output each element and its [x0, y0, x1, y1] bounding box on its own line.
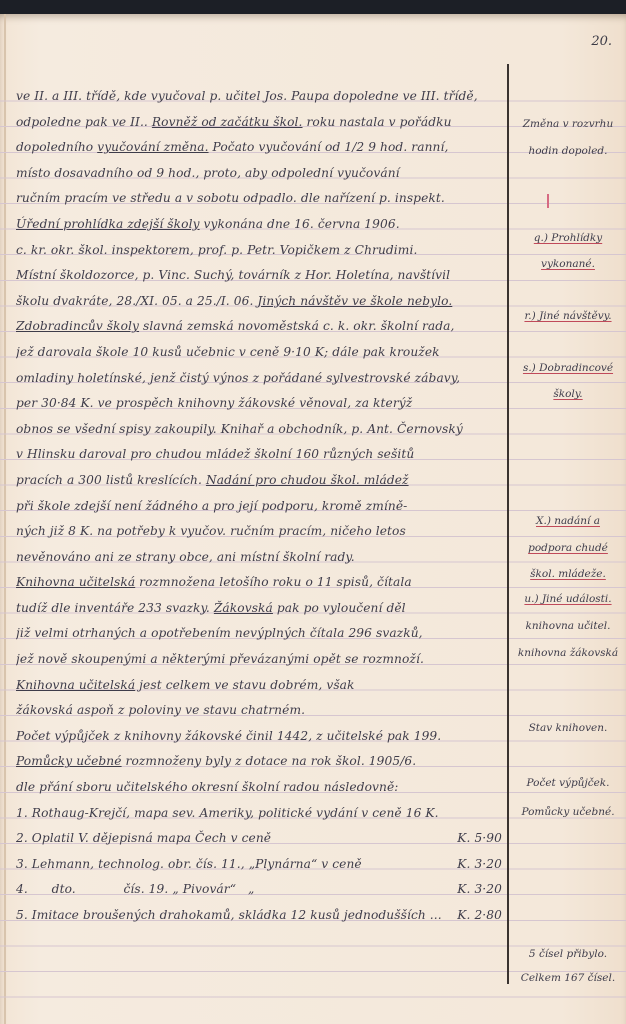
- margin-rule: [507, 64, 509, 984]
- text-line: obnos se všední spisy zakoupily. Knihař …: [16, 417, 506, 443]
- text-line: dle přání sboru učitelského okresní škol…: [16, 775, 506, 801]
- text-line: jež darovala škole 10 kusů učebnic v cen…: [16, 340, 506, 366]
- text-line: Počet výpůjček z knihovny žákovské činil…: [16, 724, 506, 750]
- margin-note: 5 čísel přibylo.: [512, 948, 624, 960]
- margin-note: hodin dopoled.: [512, 145, 624, 157]
- text-line: ručním pracím ve středu a v sobotu odpad…: [16, 186, 506, 212]
- item-text: 2. Oplatil V. dějepisná mapa Čech v ceně: [16, 826, 271, 852]
- margin-note: školy.: [512, 388, 624, 400]
- margin-note: r.) Jiné návštěvy.: [512, 310, 624, 322]
- item-text: 4. dto. čís. 19. „ Pivovár“ „: [16, 877, 254, 903]
- margin-note: knihovna žákovská: [512, 647, 624, 659]
- ledger-page: 20. ve II. a III. třídě, kde vyučoval p.…: [0, 14, 626, 1024]
- item-text: 3. Lehmann, technolog. obr. čís. 11., „P…: [16, 852, 362, 878]
- item-row: 2. Oplatil V. dějepisná mapa Čech v ceně…: [16, 826, 506, 852]
- text-line: pracích a 300 listů kreslících. Nadání p…: [16, 468, 506, 494]
- text-line: c. kr. okr. škol. inspektorem, prof. p. …: [16, 238, 506, 264]
- margin-note: Počet výpůjček.: [512, 777, 624, 789]
- text-line: ných již 8 K. na potřeby k vyučov. ruční…: [16, 519, 506, 545]
- item-price: K. 3·20: [457, 852, 502, 878]
- text-line: v Hlinsku daroval pro chudou mládež škol…: [16, 442, 506, 468]
- text-line: Místní školdozorce, p. Vinc. Suchý, tová…: [16, 263, 506, 289]
- text-line: tudíž dle inventáře 233 svazky. Žákovská…: [16, 596, 506, 622]
- text-line: jež nově skoupenými a některými převázan…: [16, 647, 506, 673]
- text-line: per 30·84 K. ve prospěch knihovny žákovs…: [16, 391, 506, 417]
- text-line: Zdobradincův školy slavná zemská novoměs…: [16, 314, 506, 340]
- main-text-column: ve II. a III. třídě, kde vyučoval p. uči…: [16, 84, 506, 929]
- margin-note: u.) Jiné události.: [512, 593, 624, 605]
- text-line: dopoledního vyučování změna. Počato vyuč…: [16, 135, 506, 161]
- text-line: nevěnováno ani ze strany obce, ani místn…: [16, 545, 506, 571]
- margin-note: vykonané.: [512, 258, 624, 270]
- text-line: již velmi otrhaných a opotřebením nevýpl…: [16, 621, 506, 647]
- text-line: žákovská aspoň z poloviny ve stavu chatr…: [16, 698, 506, 724]
- margin-note: Celkem 167 čísel.: [512, 972, 624, 984]
- margin-note: podpora chudé: [512, 542, 624, 554]
- margin-note: Změna v rozvrhu: [512, 118, 624, 130]
- margin-note: Pomůcky učebné.: [512, 806, 624, 818]
- text-line: omladiny holetínské, jenž čistý výnos z …: [16, 366, 506, 392]
- margin-note: škol. mládeže.: [512, 568, 624, 580]
- margin-note: s.) Dobradincové: [512, 362, 624, 374]
- item-row: 5. Imitace broušených drahokamů, skládka…: [16, 903, 506, 929]
- item-price: K. 3·20: [457, 877, 502, 903]
- text-line: Úřední prohlídka zdejší školy vykonána d…: [16, 212, 506, 238]
- margin-note: Stav knihoven.: [512, 722, 624, 734]
- item-row: 3. Lehmann, technolog. obr. čís. 11., „P…: [16, 852, 506, 878]
- item-row: 1. Rothaug-Krejčí, mapa sev. Ameriky, po…: [16, 801, 506, 827]
- text-line: školu dvakráte, 28./XI. 05. a 25./I. 06.…: [16, 289, 506, 315]
- text-line: Pomůcky učebné rozmnoženy byly z dotace …: [16, 749, 506, 775]
- red-mark: [547, 194, 549, 208]
- item-price: K. 2·80: [457, 903, 502, 929]
- item-price: K. 5·90: [457, 826, 502, 852]
- margin-note: knihovna učitel.: [512, 620, 624, 632]
- text-line: ve II. a III. třídě, kde vyučoval p. uči…: [16, 84, 506, 110]
- page-number: 20.: [591, 34, 612, 49]
- text-line: při škole zdejší není žádného a pro její…: [16, 494, 506, 520]
- text-line: Knihovna učitelská jest celkem ve stavu …: [16, 673, 506, 699]
- text-line: Knihovna učitelská rozmnožena letošího r…: [16, 570, 506, 596]
- margin-note: q.) Prohlídky: [512, 232, 624, 244]
- item-text: 5. Imitace broušených drahokamů, skládka…: [16, 903, 442, 929]
- item-text: 1. Rothaug-Krejčí, mapa sev. Ameriky, po…: [16, 801, 439, 827]
- text-line: odpoledne pak ve II.. Rovněž od začátku …: [16, 110, 506, 136]
- text-line: místo dosavadního od 9 hod., proto, aby …: [16, 161, 506, 187]
- item-row: 4. dto. čís. 19. „ Pivovár“ „ K. 3·20: [16, 877, 506, 903]
- margin-note: X.) nadání a: [512, 515, 624, 527]
